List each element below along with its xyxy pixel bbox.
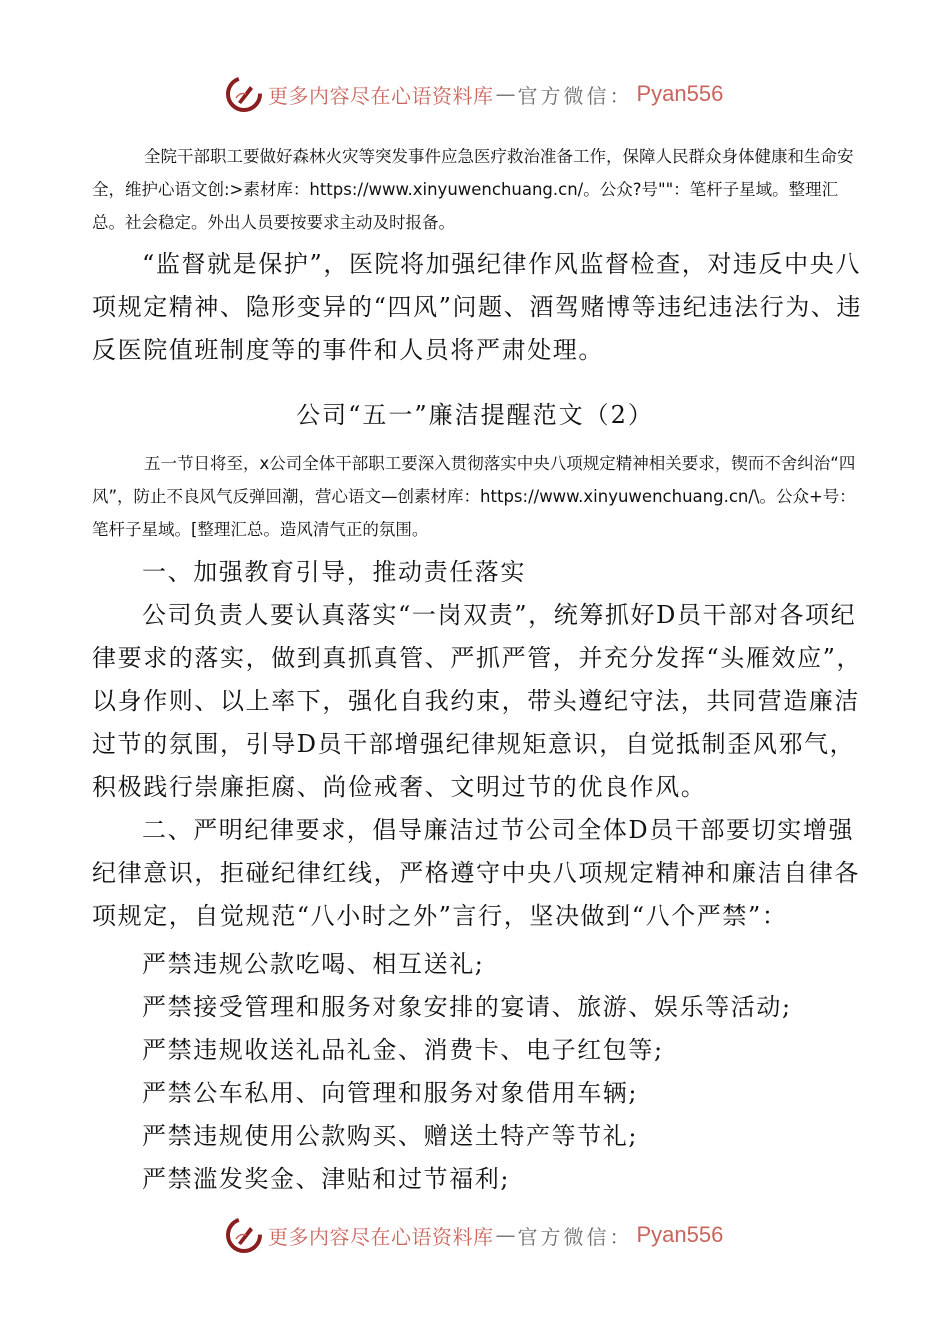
prohibition-item: 严禁滥发奖金、津贴和过节福利;: [142, 1159, 510, 1194]
paragraph-may-day-intro: 五一节日将至，x公司全体干部职工要深入贯彻落实中央八项规定精神相关要求，锲而不舍…: [92, 447, 867, 546]
prohibition-item: 严禁公车私用、向管理和服务对象借用车辆;: [142, 1073, 638, 1108]
banner-dash: —: [496, 82, 516, 106]
document-title: 公司“五一”廉洁提醒范文（2）: [0, 395, 950, 430]
banner-wechat-id: Pyan556: [637, 1222, 724, 1248]
section-heading-1: 一、加强教育引导，推动责任落实: [92, 551, 867, 594]
pen-logo-icon: [226, 76, 262, 112]
banner-wechat-id: Pyan556: [637, 81, 724, 107]
paragraph-hospital-emergency: 全院干部职工要做好森林火灾等突发事件应急医疗救治准备工作，保障人民群众身体健康和…: [92, 140, 867, 239]
header-banner: 更多内容尽在心语资料库 — 官方微信： Pyan556: [226, 72, 726, 116]
prohibition-item: 严禁违规公款吃喝、相互送礼;: [142, 944, 485, 979]
paragraph-responsibility: 公司负责人要认真落实“一岗双责”，统筹抓好D员干部对各项纪律要求的落实，做到真抓…: [92, 594, 867, 809]
prohibition-item: 严禁违规收送礼品礼金、消费卡、电子红包等;: [142, 1030, 664, 1065]
paragraph-discipline: 二、严明纪律要求，倡导廉洁过节公司全体D员干部要切实增强纪律意识，拒碰纪律红线，…: [92, 809, 867, 938]
banner-wechat-label: 官方微信：: [518, 80, 633, 109]
banner-dash: —: [496, 1223, 516, 1247]
prohibition-item: 严禁违规使用公款购买、赠送土特产等节礼;: [142, 1116, 638, 1151]
prohibition-item: 严禁接受管理和服务对象安排的宴请、旅游、娱乐等活动;: [142, 987, 792, 1022]
banner-slogan: 更多内容尽在心语资料库: [268, 1221, 494, 1250]
banner-slogan: 更多内容尽在心语资料库: [268, 80, 494, 109]
footer-banner: 更多内容尽在心语资料库 — 官方微信： Pyan556: [226, 1213, 726, 1257]
banner-wechat-label: 官方微信：: [518, 1221, 633, 1250]
paragraph-supervision: “监督就是保护”，医院将加强纪律作风监督检查，对违反中央八项规定精神、隐形变异的…: [92, 243, 867, 372]
pen-logo-icon: [226, 1217, 262, 1253]
